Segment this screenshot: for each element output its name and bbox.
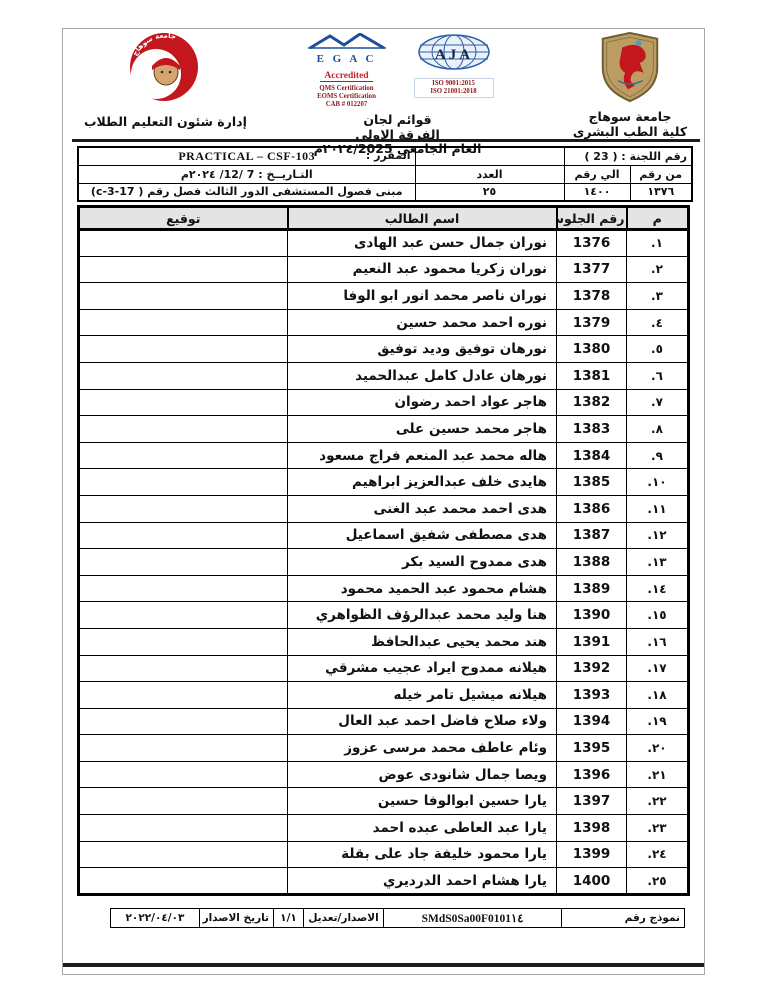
aja-iso-logo: AJA ISO 9001:2015 ISO 21001:2018 [414,33,494,98]
table-row: ٧. 1382 هاجر عواد احمد رضوان [79,389,689,416]
table-row: ١٢. 1387 هدى مصطفى شفيق اسماعيل [79,522,689,549]
signature-cell [79,416,288,443]
signature-cell [79,362,288,389]
student-name: هنا وليد محمد عبدالرؤف الظواهري [288,602,557,629]
from-number-value: ١٣٧٦ [630,183,692,201]
signature-cell [79,655,288,682]
row-index: ١٠. [627,469,689,496]
student-name: وئام عاطف محمد مرسى عزوز [288,735,557,762]
seat-number: 1396 [557,761,627,788]
row-index: ١٦. [627,628,689,655]
seat-number: 1385 [557,469,627,496]
table-row: ٩. 1384 هاله محمد عبد المنعم فراج مسعود [79,442,689,469]
student-name: يارا محمود خليفة جاد على بقلة [288,841,557,868]
exam-location: مبنى فصول المستشفى الدور الثالث فصل رقم … [78,183,415,201]
header-divider [72,139,700,142]
table-row: ١٠. 1385 هايدى خلف عبدالعزيز ابراهيم [79,469,689,496]
student-name: هاجر محمد حسين على [288,416,557,443]
student-name: يارا حسين ابوالوفا حسين [288,788,557,815]
student-name: هشام محمود عبد الحميد محمود [288,575,557,602]
col-header-index: م [627,207,689,230]
row-index: ٣. [627,283,689,310]
form-number-code: SMdS0Sa00F0101١٤ [384,909,562,928]
students-tbody: ١. 1376 نوران جمال حسن عبد الهادى ٢. 137… [79,230,689,895]
form-number-label: نموذج رقم [562,909,685,928]
seat-number: 1379 [557,309,627,336]
table-row: ٢٥. 1400 يارا هشام احمد الدرديري [79,868,689,895]
signature-cell [79,522,288,549]
table-row: ١٥. 1390 هنا وليد محمد عبدالرؤف الظواهري [79,602,689,629]
row-index: ١٤. [627,575,689,602]
seat-number: 1390 [557,602,627,629]
egac-cert-line1: QMS Certification [302,85,392,93]
row-index: ٨. [627,416,689,443]
seat-number: 1377 [557,256,627,283]
table-row: ١١. 1386 هدى احمد محمد عبد الغنى [79,495,689,522]
signature-cell [79,708,288,735]
form-footer-table: نموذج رقم SMdS0Sa00F0101١٤ الاصدار/تعديل… [110,908,685,928]
egac-cert-line3: CAB # 012207 [302,101,392,109]
signature-cell [79,336,288,363]
row-index: ١٢. [627,522,689,549]
info-row-1: رقم اللجنة : ( 23 ) المقرر : PRACTICAL –… [78,147,692,165]
egac-accreditation-logo: E G A C Accredited QMS Certification EOM… [302,33,392,109]
committee-info-table: رقم اللجنة : ( 23 ) المقرر : PRACTICAL –… [77,146,693,202]
seat-number: 1394 [557,708,627,735]
student-name: ولاء صلاح فاضل احمد عبد العال [288,708,557,735]
page-bottom-rule [63,963,704,967]
course-cell: المقرر : PRACTICAL – CSF-103 [78,147,415,165]
table-row: ١٩. 1394 ولاء صلاح فاضل احمد عبد العال [79,708,689,735]
seat-number: 1380 [557,336,627,363]
signature-cell [79,389,288,416]
course-code: PRACTICAL – CSF-103 [178,149,315,163]
faculty-name: كلية الطب البشرى [556,124,704,139]
student-name: هيلانه ميشيل تامر خيله [288,682,557,709]
seat-number: 1389 [557,575,627,602]
table-row: ٢٢. 1397 يارا حسين ابوالوفا حسين [79,788,689,815]
issue-label: الاصدار/تعديل [304,909,384,928]
student-name: نورهان عادل كامل عبدالحميد [288,362,557,389]
col-header-signature: توقيع [79,207,288,230]
signature-cell [79,309,288,336]
seat-number: 1393 [557,682,627,709]
signature-cell [79,575,288,602]
student-name: نوران زكريا محمود عبد النعيم [288,256,557,283]
student-name: هاجر عواد احمد رضوان [288,389,557,416]
faculty-crescent-logo: جامعة سوهاج كلية الطب [100,30,228,108]
seat-number: 1383 [557,416,627,443]
aja-letters: AJA [434,47,472,63]
count-label: العدد [415,165,564,183]
issue-value: ١/١ [274,909,304,928]
row-index: ١. [627,230,689,257]
seat-number: 1376 [557,230,627,257]
signature-cell [79,230,288,257]
row-index: ٩. [627,442,689,469]
row-index: ١٨. [627,682,689,709]
table-row: ٣. 1378 نوران ناصر محمد انور ابو الوفا [79,283,689,310]
committee-number: رقم اللجنة : ( 23 ) [564,147,692,165]
document-page: { "header": { "left": { "logo": { "arc_t… [0,0,768,994]
to-number-value: ١٤٠٠ [564,183,630,201]
aja-iso-line2: ISO 21001:2018 [417,88,491,96]
table-row: ٢. 1377 نوران زكريا محمود عبد النعيم [79,256,689,283]
issue-date-label: تاريخ الاصدار [200,909,274,928]
student-name: هدى مصطفى شفيق اسماعيل [288,522,557,549]
student-name: نوره احمد محمد حسين [288,309,557,336]
student-name: ويصا جمال شانودى عوض [288,761,557,788]
egac-cert-line2: EOMS Certification [302,93,392,101]
row-index: ٧. [627,389,689,416]
seat-number: 1399 [557,841,627,868]
info-empty-cell [415,147,564,165]
table-row: ١٧. 1392 هيلانه ممدوح ايراد عجيب مشرقي [79,655,689,682]
row-index: ١٥. [627,602,689,629]
row-index: ٢٥. [627,868,689,895]
row-index: ٢٢. [627,788,689,815]
aja-iso-line1: ISO 9001:2015 [417,80,491,88]
doc-title-line1: قوائم لجان [295,113,500,128]
row-index: ٢. [627,256,689,283]
signature-cell [79,788,288,815]
signature-cell [79,815,288,842]
table-row: ١٦. 1391 هند محمد يحيى عبدالحافظ [79,628,689,655]
col-header-seat: رقم الجلوس [557,207,627,230]
student-name: يارا هشام احمد الدرديري [288,868,557,895]
student-name: هند محمد يحيى عبدالحافظ [288,628,557,655]
signature-cell [79,283,288,310]
table-row: ١٤. 1389 هشام محمود عبد الحميد محمود [79,575,689,602]
signature-cell [79,442,288,469]
row-index: ١٣. [627,549,689,576]
header-right-block: جامعة سوهاج كلية الطب البشرى [556,30,704,139]
row-index: ١١. [627,495,689,522]
university-shield-logo [598,30,662,104]
row-index: ٢٠. [627,735,689,762]
row-index: ٦. [627,362,689,389]
info-row-2: من رقم الي رقم العدد التـاريــخ : 7 /12/… [78,165,692,183]
seat-number: 1387 [557,522,627,549]
signature-cell [79,628,288,655]
signature-cell [79,602,288,629]
seat-number: 1391 [557,628,627,655]
seat-number: 1397 [557,788,627,815]
signature-cell [79,841,288,868]
seat-number: 1382 [557,389,627,416]
student-name: هاله محمد عبد المنعم فراج مسعود [288,442,557,469]
student-name: نورهان توفيق وديد توفيق [288,336,557,363]
student-name: هايدى خلف عبدالعزيز ابراهيم [288,469,557,496]
seat-number: 1384 [557,442,627,469]
table-row: ٦. 1381 نورهان عادل كامل عبدالحميد [79,362,689,389]
row-index: ٢١. [627,761,689,788]
issue-date-value: ٢٠٢٢/٠٤/٠٣ [111,909,200,928]
students-table: م رقم الجلوس اسم الطالب توقيع ١. 1376 نو… [77,205,690,896]
seat-number: 1400 [557,868,627,895]
student-name: هيلانه ممدوح ايراد عجيب مشرقي [288,655,557,682]
signature-cell [79,469,288,496]
university-name: جامعة سوهاج [556,109,704,124]
to-number-label: الي رقم [564,165,630,183]
signature-cell [79,868,288,895]
signature-cell [79,495,288,522]
row-index: ١٧. [627,655,689,682]
count-value: ٢٥ [415,183,564,201]
seat-number: 1395 [557,735,627,762]
from-number-label: من رقم [630,165,692,183]
student-name: يارا عبد العاطى عبده احمد [288,815,557,842]
table-row: ٥. 1380 نورهان توفيق وديد توفيق [79,336,689,363]
seat-number: 1381 [557,362,627,389]
table-row: ٤. 1379 نوره احمد محمد حسين [79,309,689,336]
row-index: ٢٣. [627,815,689,842]
student-name: هدى ممدوح السيد بكر [288,549,557,576]
signature-cell [79,735,288,762]
row-index: ٤. [627,309,689,336]
footer-row: نموذج رقم SMdS0Sa00F0101١٤ الاصدار/تعديل… [111,909,685,928]
signature-cell [79,549,288,576]
table-row: ٨. 1383 هاجر محمد حسين على [79,416,689,443]
egac-mountains-icon [304,33,390,49]
table-row: ٢١. 1396 ويصا جمال شانودى عوض [79,761,689,788]
exam-date: التـاريــخ : 7 /12/ ٢٠٢٤م [78,165,415,183]
admin-caption: إدارة شئون التعليم الطلاب [84,114,244,129]
table-row: ٢٠. 1395 وئام عاطف محمد مرسى عزوز [79,735,689,762]
table-row: ٢٤. 1399 يارا محمود خليفة جاد على بقلة [79,841,689,868]
students-header-row: م رقم الجلوس اسم الطالب توقيع [79,207,689,230]
seat-number: 1386 [557,495,627,522]
table-row: ٢٣. 1398 يارا عبد العاطى عبده احمد [79,815,689,842]
row-index: ١٩. [627,708,689,735]
seat-number: 1398 [557,815,627,842]
student-name: نوران ناصر محمد انور ابو الوفا [288,283,557,310]
table-row: ١٣. 1388 هدى ممدوح السيد بكر [79,549,689,576]
table-row: ١٨. 1393 هيلانه ميشيل تامر خيله [79,682,689,709]
student-name: نوران جمال حسن عبد الهادى [288,230,557,257]
col-header-name: اسم الطالب [288,207,557,230]
seat-number: 1392 [557,655,627,682]
row-index: ٢٤. [627,841,689,868]
header-center-block: E G A C Accredited QMS Certification EOM… [295,33,500,157]
signature-cell [79,682,288,709]
egac-accredited-label: Accredited [320,71,372,82]
seat-number: 1378 [557,283,627,310]
seat-number: 1388 [557,549,627,576]
signature-cell [79,761,288,788]
aja-globe-icon: AJA [416,33,492,71]
table-row: ١. 1376 نوران جمال حسن عبد الهادى [79,230,689,257]
row-index: ٥. [627,336,689,363]
header-left-block: جامعة سوهاج كلية الطب إدارة شئون التعليم… [84,30,244,129]
egac-letters: E G A C [302,54,392,65]
course-label: المقرر : [366,149,411,162]
info-row-3: ١٣٧٦ ١٤٠٠ ٢٥ مبنى فصول المستشفى الدور ال… [78,183,692,201]
signature-cell [79,256,288,283]
student-name: هدى احمد محمد عبد الغنى [288,495,557,522]
